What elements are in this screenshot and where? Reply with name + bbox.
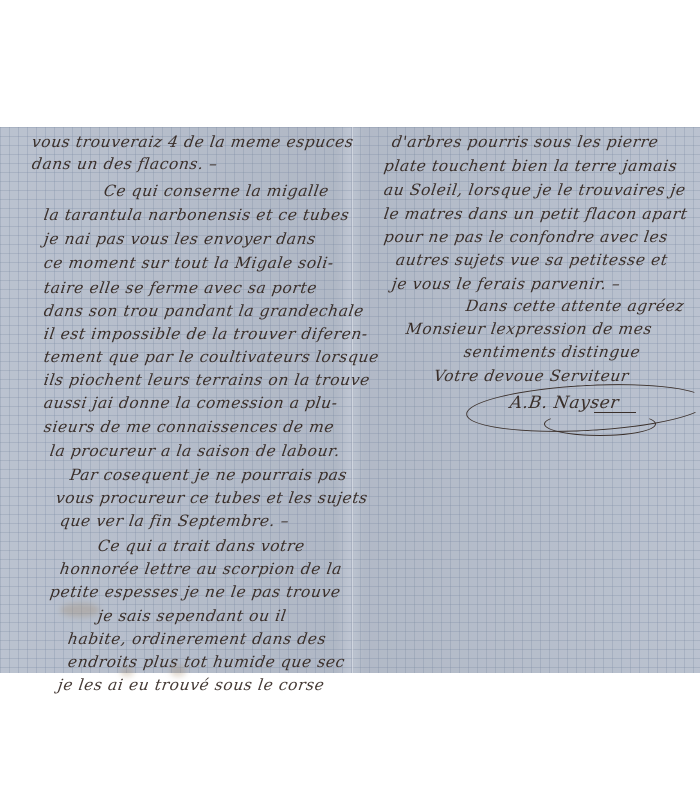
right-page: d'arbres pourris sous les pierre plate t… bbox=[354, 127, 700, 673]
handwritten-line: tement que par le coultivateurs lorsque bbox=[43, 348, 380, 366]
handwritten-line: que ver la fin Septembre. – bbox=[59, 512, 291, 530]
handwritten-line: aussi jai donne la comession a plu- bbox=[43, 394, 339, 412]
letter-sheet: vous trouveraiz 4 de la meme espuces dan… bbox=[0, 127, 700, 673]
handwritten-line: Ce qui conserne la migalle bbox=[103, 182, 331, 200]
handwritten-line: Monsieur lexpression de mes bbox=[405, 320, 654, 338]
signature-underline bbox=[594, 412, 636, 413]
handwritten-line: ils piochent leurs terrains on la trouve bbox=[43, 371, 371, 389]
handwritten-line: plate touchent bien la terre jamais bbox=[383, 157, 679, 175]
ink-smudge bbox=[60, 603, 100, 617]
handwritten-line: je nai pas vous les envoyer dans bbox=[43, 230, 317, 248]
handwritten-line: sieurs de me connaissences de me bbox=[43, 418, 336, 436]
handwritten-line: pour ne pas le confondre avec les bbox=[383, 228, 669, 246]
handwritten-line: endroits plus tot humide que sec bbox=[67, 653, 347, 671]
handwritten-line: dans son trou pandant la grandechale bbox=[43, 302, 365, 320]
handwritten-line: taire elle se ferme avec sa porte bbox=[43, 279, 319, 297]
handwritten-line: ce moment sur tout la Migale soli- bbox=[43, 254, 335, 272]
signature-flourish bbox=[544, 412, 656, 436]
handwritten-line: Votre devoue Serviteur bbox=[433, 367, 631, 385]
handwritten-line: petite espesses je ne le pas trouve bbox=[49, 583, 342, 601]
signature: A.B. Nayser bbox=[509, 393, 621, 413]
left-page: vous trouveraiz 4 de la meme espuces dan… bbox=[0, 127, 350, 673]
handwritten-line: habite, ordinerement dans des bbox=[67, 630, 328, 648]
handwritten-line: autres sujets vue sa petitesse et bbox=[395, 251, 669, 269]
water-stain bbox=[120, 667, 134, 677]
handwritten-line: Dans cette attente agréez bbox=[465, 297, 686, 315]
handwritten-line: au Soleil, lorsque je le trouvaires je bbox=[383, 181, 687, 199]
handwritten-line: d'arbres pourris sous les pierre bbox=[391, 133, 660, 151]
handwritten-line: la procureur a la saison de labour. bbox=[49, 442, 342, 460]
handwritten-line: il est impossible de la trouver diferen- bbox=[43, 325, 369, 343]
handwritten-line: le matres dans un petit flacon apart bbox=[383, 205, 689, 223]
handwritten-line: Ce qui a trait dans votre bbox=[97, 537, 306, 555]
handwritten-line: vous trouveraiz 4 de la meme espuces bbox=[31, 133, 355, 151]
handwritten-line: je sais sependant ou il bbox=[97, 607, 288, 625]
handwritten-line: honnorée lettre au scorpion de la bbox=[59, 560, 344, 578]
handwritten-line: Par cosequent je ne pourrais pas bbox=[69, 466, 349, 484]
handwritten-line: dans un des flacons. – bbox=[31, 155, 219, 173]
handwritten-line: vous procureur ce tubes et les sujets bbox=[55, 489, 369, 507]
handwritten-line: la tarantula narbonensis et ce tubes bbox=[43, 206, 351, 224]
handwritten-line: je vous le ferais parvenir. – bbox=[391, 275, 622, 293]
water-stain bbox=[170, 665, 186, 677]
handwritten-line: je les ai eu trouvé sous le corse bbox=[57, 676, 326, 694]
handwritten-line: sentiments distingue bbox=[463, 343, 642, 361]
